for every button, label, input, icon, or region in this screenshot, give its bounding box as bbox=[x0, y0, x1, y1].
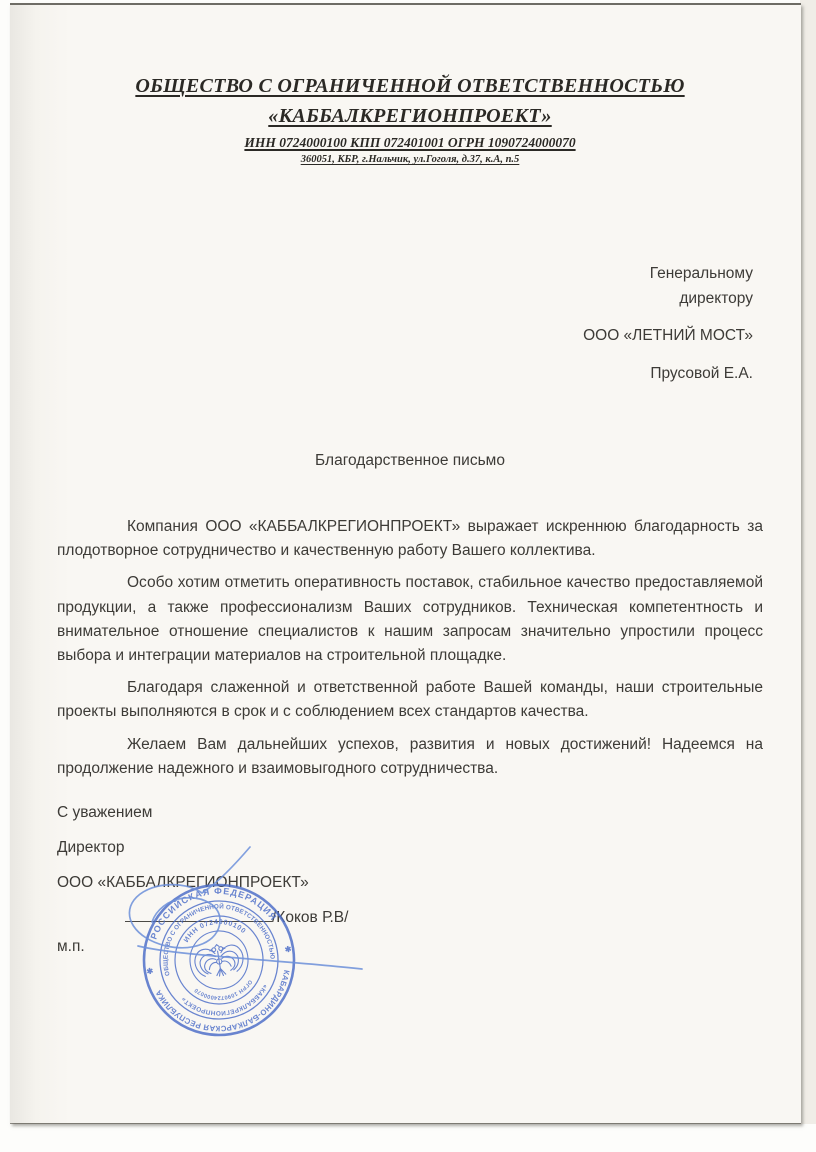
addressee-position: Генеральному директору bbox=[578, 261, 753, 311]
signature-name: /Коков Р.В/ bbox=[272, 909, 348, 926]
letterhead: ОБЩЕСТВО С ОГРАНИЧЕННОЙ ОТВЕТСТВЕННОСТЬЮ… bbox=[57, 71, 763, 167]
scanner-background bbox=[800, 0, 816, 1124]
closing-position: Директор bbox=[57, 837, 763, 858]
svg-text:ОГРН 1090724000070: ОГРН 1090724000070 bbox=[193, 978, 255, 1005]
stamp-text-company-name: «КАББАЛКРЕГИОНПРОЕКТ» bbox=[179, 982, 272, 1023]
scanned-letter: ОБЩЕСТВО С ОГРАНИЧЕННОЙ ОТВЕТСТВЕННОСТЬЮ… bbox=[0, 0, 816, 1152]
closing-company: ООО «КАББАЛКРЕГИОНПРОЕКТ» bbox=[57, 872, 763, 893]
letter-paragraph: Компания ООО «КАББАЛКРЕГИОНПРОЕКТ» выраж… bbox=[57, 515, 763, 563]
stamp-place-mark: м.п. bbox=[57, 936, 763, 957]
letter-content: ОБЩЕСТВО С ОГРАНИЧЕННОЙ ОТВЕТСТВЕННОСТЬЮ… bbox=[10, 5, 801, 1123]
letter-body: Компания ООО «КАББАЛКРЕГИОНПРОЕКТ» выраж… bbox=[57, 515, 763, 781]
closing-block: С уважением Директор ООО «КАББАЛКРЕГИОНП… bbox=[57, 802, 763, 957]
letter-page: ОБЩЕСТВО С ОГРАНИЧЕННОЙ ОТВЕТСТВЕННОСТЬЮ… bbox=[10, 3, 801, 1123]
stamp-separator-left-icon: ✱ bbox=[146, 966, 154, 976]
addressee-company: ООО «ЛЕТНИЙ МОСТ» bbox=[57, 323, 753, 348]
letterhead-company-full: ОБЩЕСТВО С ОГРАНИЧЕННОЙ ОТВЕТСТВЕННОСТЬЮ bbox=[57, 71, 763, 101]
stamp-text-region: КАБАРДИНО-БАЛКАРСКАЯ РЕСПУБЛИКА bbox=[153, 968, 299, 1043]
svg-text:КАБАРДИНО-БАЛКАРСКАЯ РЕСПУБЛИК: КАБАРДИНО-БАЛКАРСКАЯ РЕСПУБЛИКА bbox=[153, 968, 299, 1043]
letterhead-address: 360051, КБР, г.Нальчик, ул.Гоголя, д.37,… bbox=[57, 152, 763, 167]
letter-paragraph: Особо хотим отметить оперативность поста… bbox=[57, 571, 763, 668]
letter-paragraph: Благодаря слаженной и ответственной рабо… bbox=[57, 676, 763, 724]
addressee-name: Прусовой Е.А. bbox=[57, 361, 753, 386]
svg-text:«КАББАЛКРЕГИОНПРОЕКТ»: «КАББАЛКРЕГИОНПРОЕКТ» bbox=[179, 982, 272, 1023]
letterhead-registration: ИНН 0724000100 КПП 072401001 ОГРН 109072… bbox=[57, 133, 763, 152]
letter-paragraph: Желаем Вам дальнейших успехов, развития … bbox=[57, 733, 763, 781]
stamp-text-ogrn: ОГРН 1090724000070 bbox=[193, 978, 255, 1005]
closing-regards: С уважением bbox=[57, 802, 763, 823]
signature-line bbox=[125, 908, 272, 922]
addressee-block: Генеральному директору ООО «ЛЕТНИЙ МОСТ»… bbox=[57, 261, 753, 386]
letter-title: Благодарственное письмо bbox=[57, 449, 763, 473]
letterhead-company-short: «КАББАЛКРЕГИОНПРОЕКТ» bbox=[57, 101, 763, 131]
signature-row: /Коков Р.В/ bbox=[57, 907, 763, 928]
